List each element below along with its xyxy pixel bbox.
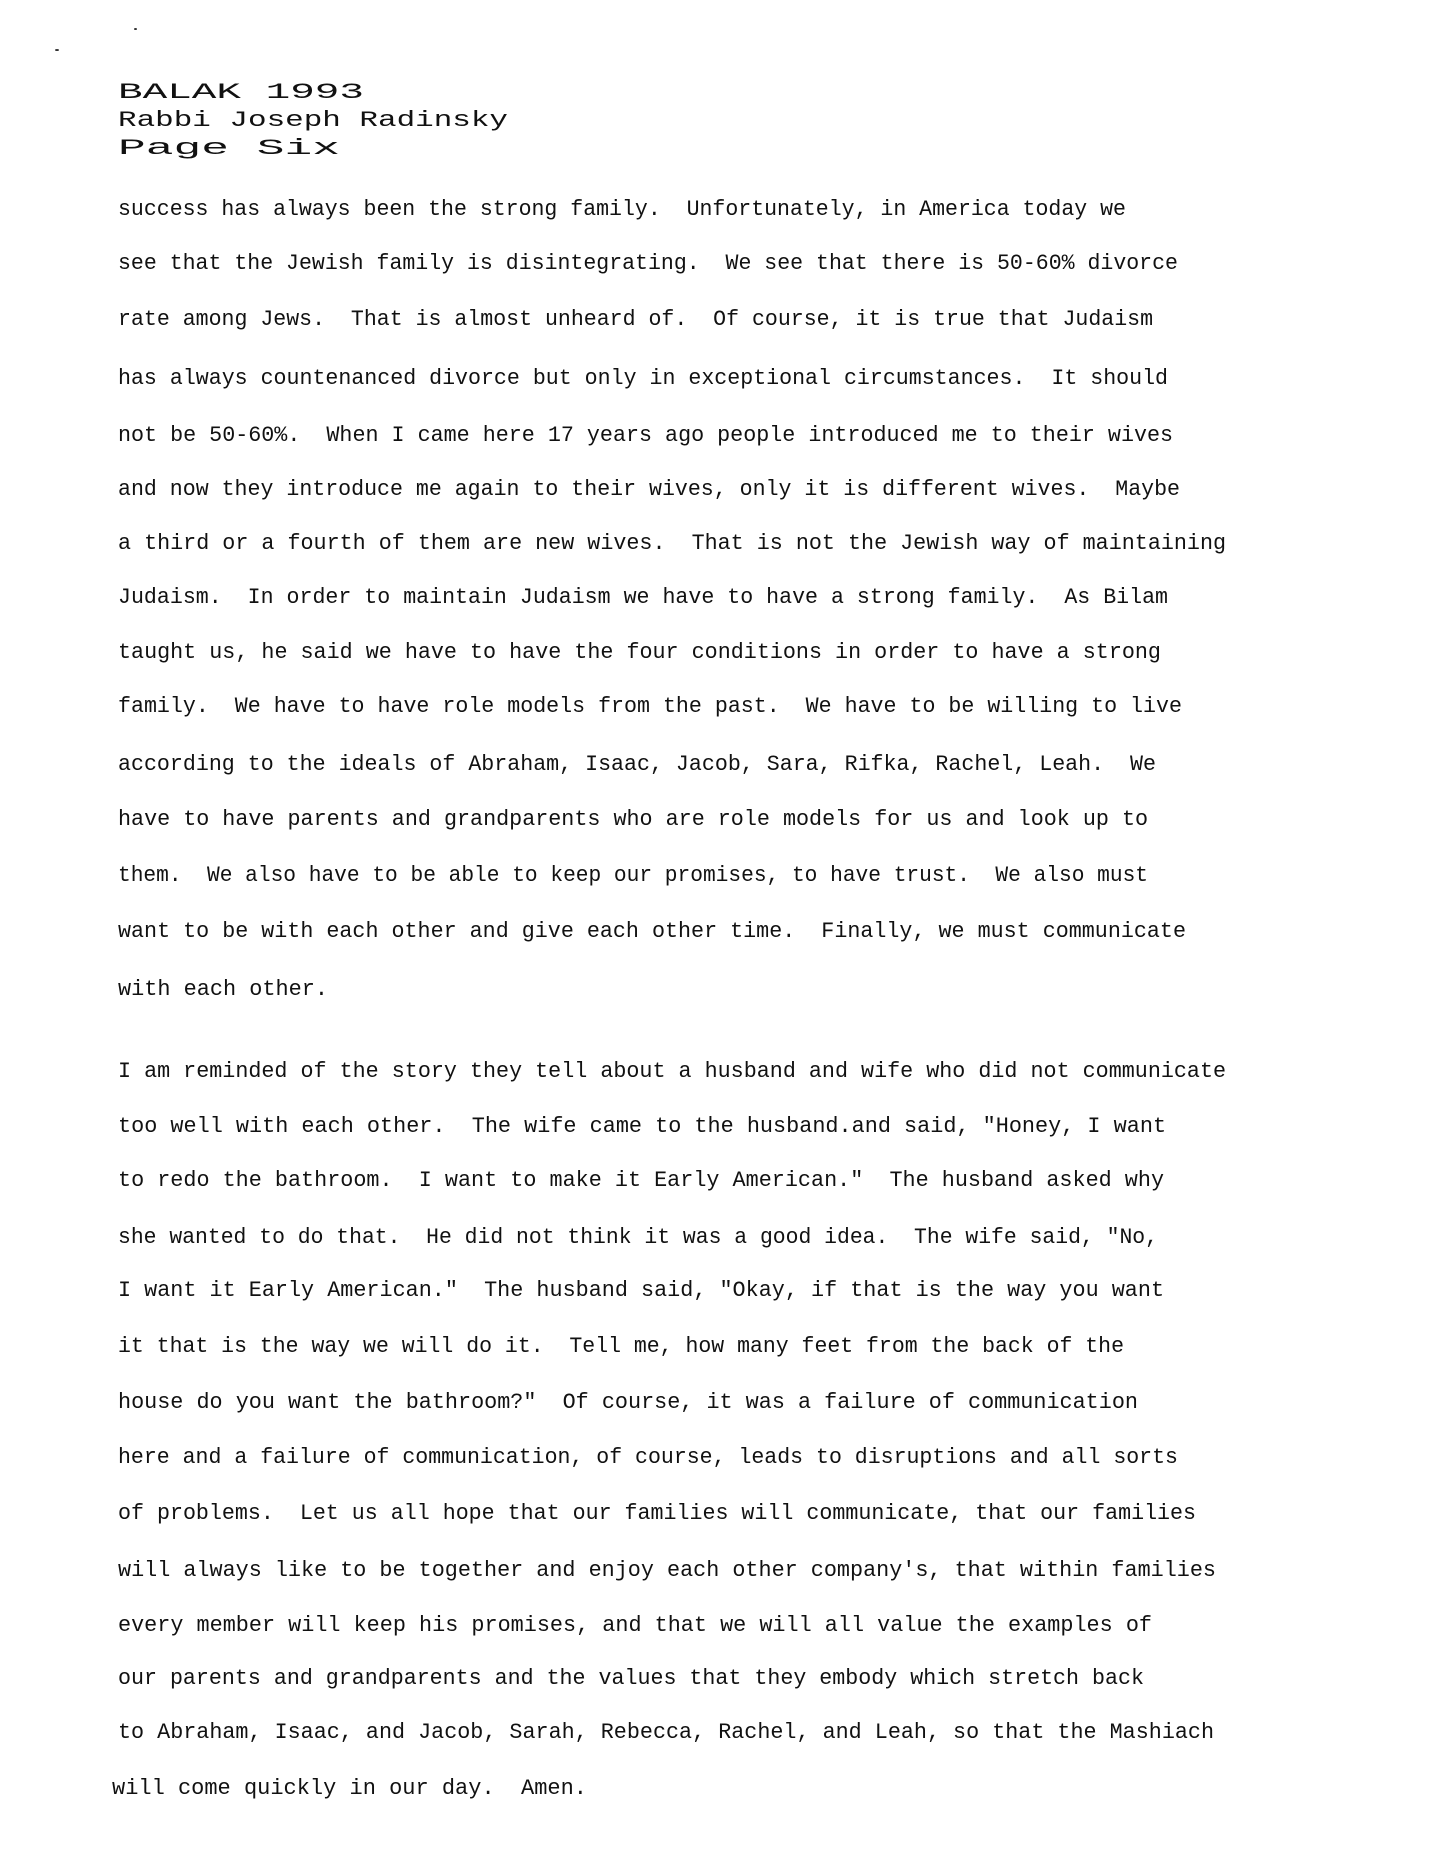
text-line: here and a failure of communication, of … [118, 1445, 1178, 1471]
text-line: want to be with each other and give each… [118, 919, 1186, 945]
text-line: success has always been the strong famil… [118, 197, 1126, 223]
text-line: according to the ideals of Abraham, Isaa… [118, 752, 1156, 778]
text-line: them. We also have to be able to keep ou… [118, 863, 1148, 889]
text-line: house do you want the bathroom?" Of cour… [118, 1390, 1138, 1416]
text-line: I am reminded of the story they tell abo… [118, 1059, 1226, 1085]
scan-speck [134, 28, 137, 30]
text-line: of problems. Let us all hope that our fa… [118, 1501, 1196, 1527]
text-line: to redo the bathroom. I want to make it … [118, 1168, 1164, 1194]
text-line: to Abraham, Isaac, and Jacob, Sarah, Reb… [118, 1720, 1214, 1746]
text-line: it that is the way we will do it. Tell m… [118, 1334, 1124, 1360]
text-line: have to have parents and grandparents wh… [118, 807, 1148, 833]
text-line: not be 50-60%. When I came here 17 years… [118, 423, 1173, 449]
text-line: with each other. [118, 977, 328, 1003]
text-line: will come quickly in our day. Amen. [112, 1776, 587, 1802]
text-line: every member will keep his promises, and… [118, 1613, 1152, 1639]
text-line: rate among Jews. That is almost unheard … [118, 307, 1153, 333]
text-line: I want it Early American." The husband s… [118, 1278, 1164, 1304]
text-line: Judaism. In order to maintain Judaism we… [118, 585, 1168, 611]
header-page-number: Page Six [118, 136, 340, 162]
text-line: has always countenanced divorce but only… [118, 366, 1168, 392]
text-line: too well with each other. The wife came … [118, 1114, 1166, 1140]
text-line: will always like to be together and enjo… [118, 1558, 1216, 1584]
header-author: Rabbi Joseph Radinsky [118, 108, 508, 134]
text-line: see that the Jewish family is disintegra… [118, 251, 1178, 277]
scan-speck [55, 49, 59, 51]
header-title: BALAK 1993 [118, 80, 364, 106]
text-line: family. We have to have role models from… [118, 694, 1182, 720]
text-line: a third or a fourth of them are new wive… [118, 531, 1226, 557]
text-line: our parents and grandparents and the val… [118, 1666, 1144, 1692]
document-page: BALAK 1993 Rabbi Joseph Radinsky Page Si… [0, 0, 1430, 1851]
text-line: taught us, he said we have to have the f… [118, 640, 1161, 666]
text-line: and now they introduce me again to their… [118, 477, 1180, 503]
text-line: she wanted to do that. He did not think … [118, 1225, 1158, 1251]
